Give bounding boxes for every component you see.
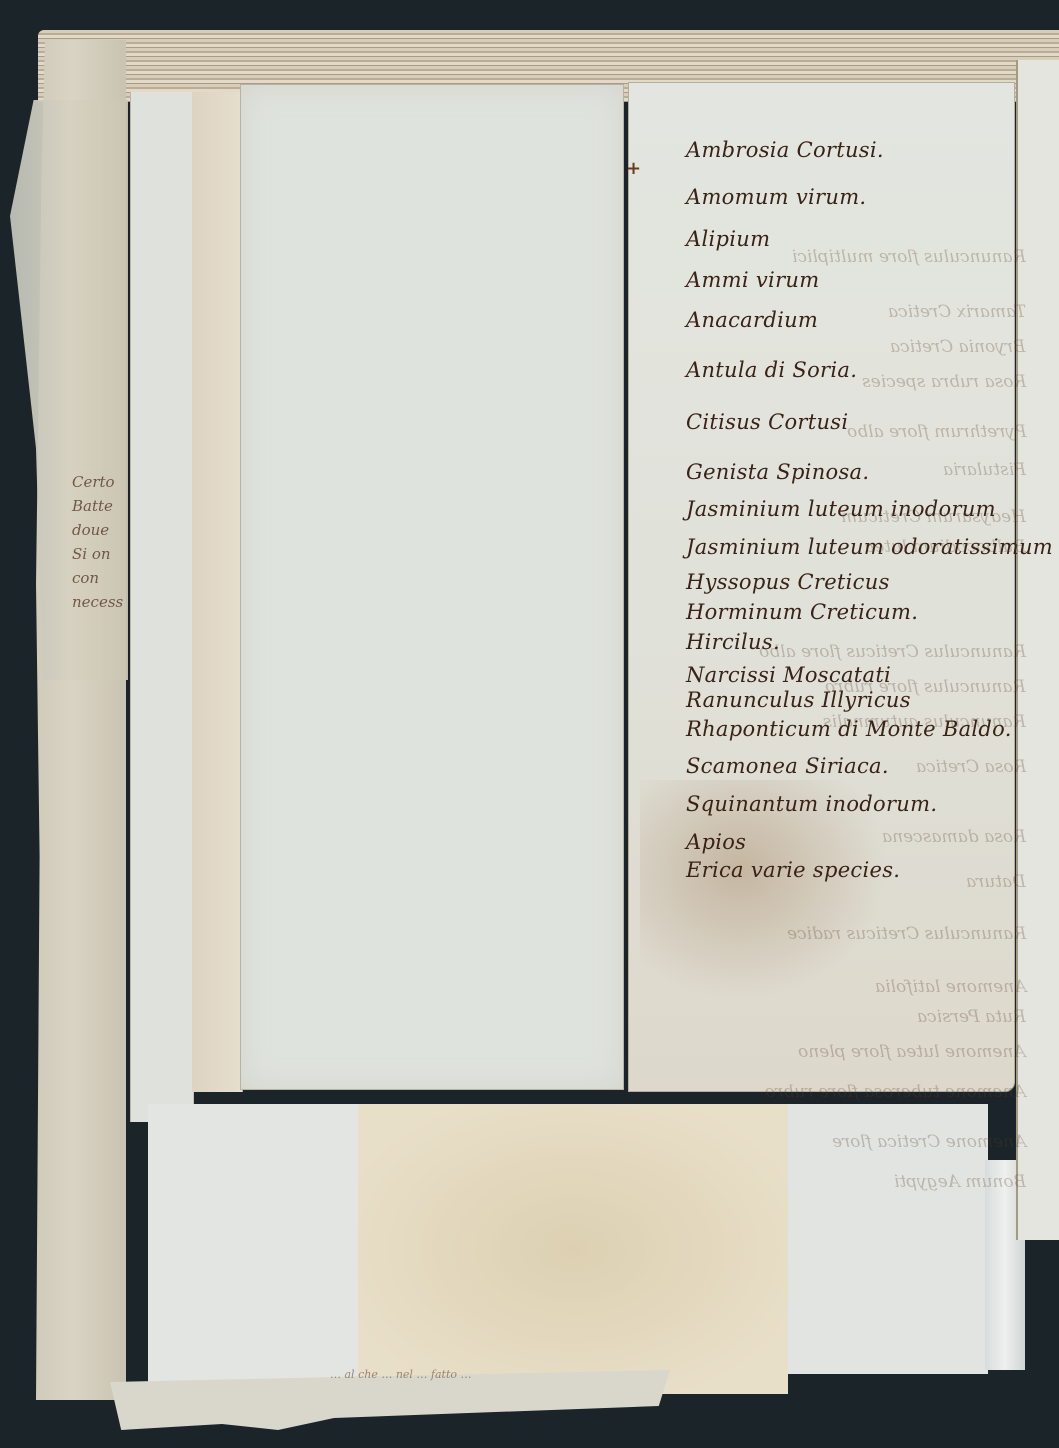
bleed-through-text: Fistularia	[943, 460, 1026, 480]
bleed-through-text: Rosa Cretica	[916, 757, 1026, 777]
bleed-through-text: Tamarix Cretica	[888, 302, 1026, 322]
bleed-through-text: Anemone tuberosa flore rubro	[765, 1082, 1026, 1102]
list-entry: Amomum virum.	[686, 185, 866, 209]
list-entry: Genista Spinosa.	[686, 460, 869, 484]
bleed-through-text: Pyrethrum flore albo	[847, 422, 1026, 442]
list-entry: Ammi virum	[686, 268, 819, 292]
list-entry: Citisus Cortusi	[686, 410, 848, 434]
fragment-text: Certo Batte doue Si on con necess	[72, 470, 124, 614]
list-entry: Jasminium luteum inodorum	[686, 497, 996, 521]
bleed-through-text: Rosa rubra species	[862, 372, 1026, 392]
list-entry: Jasminium luteum odoratissimum	[686, 535, 1053, 559]
bleed-through-text: Anemone lutea flore pleno	[798, 1042, 1026, 1062]
list-entry: Anacardium	[686, 308, 818, 332]
list-entry: Horminum Creticum.	[686, 600, 918, 624]
bleed-through-text: Ranunculus Creticus radice	[787, 924, 1026, 944]
guard-strip	[130, 92, 194, 1122]
bleed-through-text: Anemone latifolia	[875, 977, 1026, 997]
list-entry: Hyssopus Creticus	[686, 570, 890, 594]
tan-paper-strip	[192, 92, 243, 1092]
list-entry: Ambrosia Cortusi.	[686, 138, 884, 162]
list-entry: Rhaponticum di Monte Baldo.	[686, 717, 1012, 741]
list-entry: Erica varie species.	[686, 858, 900, 882]
bleed-through-text: Datura	[966, 872, 1026, 892]
list-entry: Hircilus.	[686, 630, 780, 654]
list-entry: Ranunculus Illyricus	[686, 688, 911, 712]
list-entry: Scamonea Siriaca.	[686, 754, 889, 778]
bottom-strip-text: … al che … nel … fatto …	[330, 1368, 472, 1381]
list-entry: Apios	[686, 830, 746, 854]
bottom-mount-tan	[358, 1104, 788, 1394]
list-entry: Narcissi Moscatati	[686, 663, 891, 687]
bleed-through-text: Bonum Aegypti	[894, 1172, 1026, 1192]
blank-page	[240, 84, 624, 1090]
bleed-through-text: Anemone Cretica flore	[832, 1132, 1026, 1152]
bleed-through-text: Ranunculus Creticus flore albo	[759, 642, 1026, 662]
list-entry: Antula di Soria.	[686, 358, 857, 382]
margin-mark: +	[626, 158, 641, 179]
bleed-through-text: Ruta Persica	[917, 1007, 1026, 1027]
list-entry: Alipium	[686, 227, 770, 251]
bleed-through-text: Rosa damascena	[882, 827, 1026, 847]
list-entry: Squinantum inodorum.	[686, 792, 937, 816]
bleed-through-text: Ranunculus flore multiplici	[792, 247, 1026, 267]
bottom-mount-left	[148, 1104, 358, 1394]
bleed-through-text: Bryonia Cretica	[890, 337, 1026, 357]
